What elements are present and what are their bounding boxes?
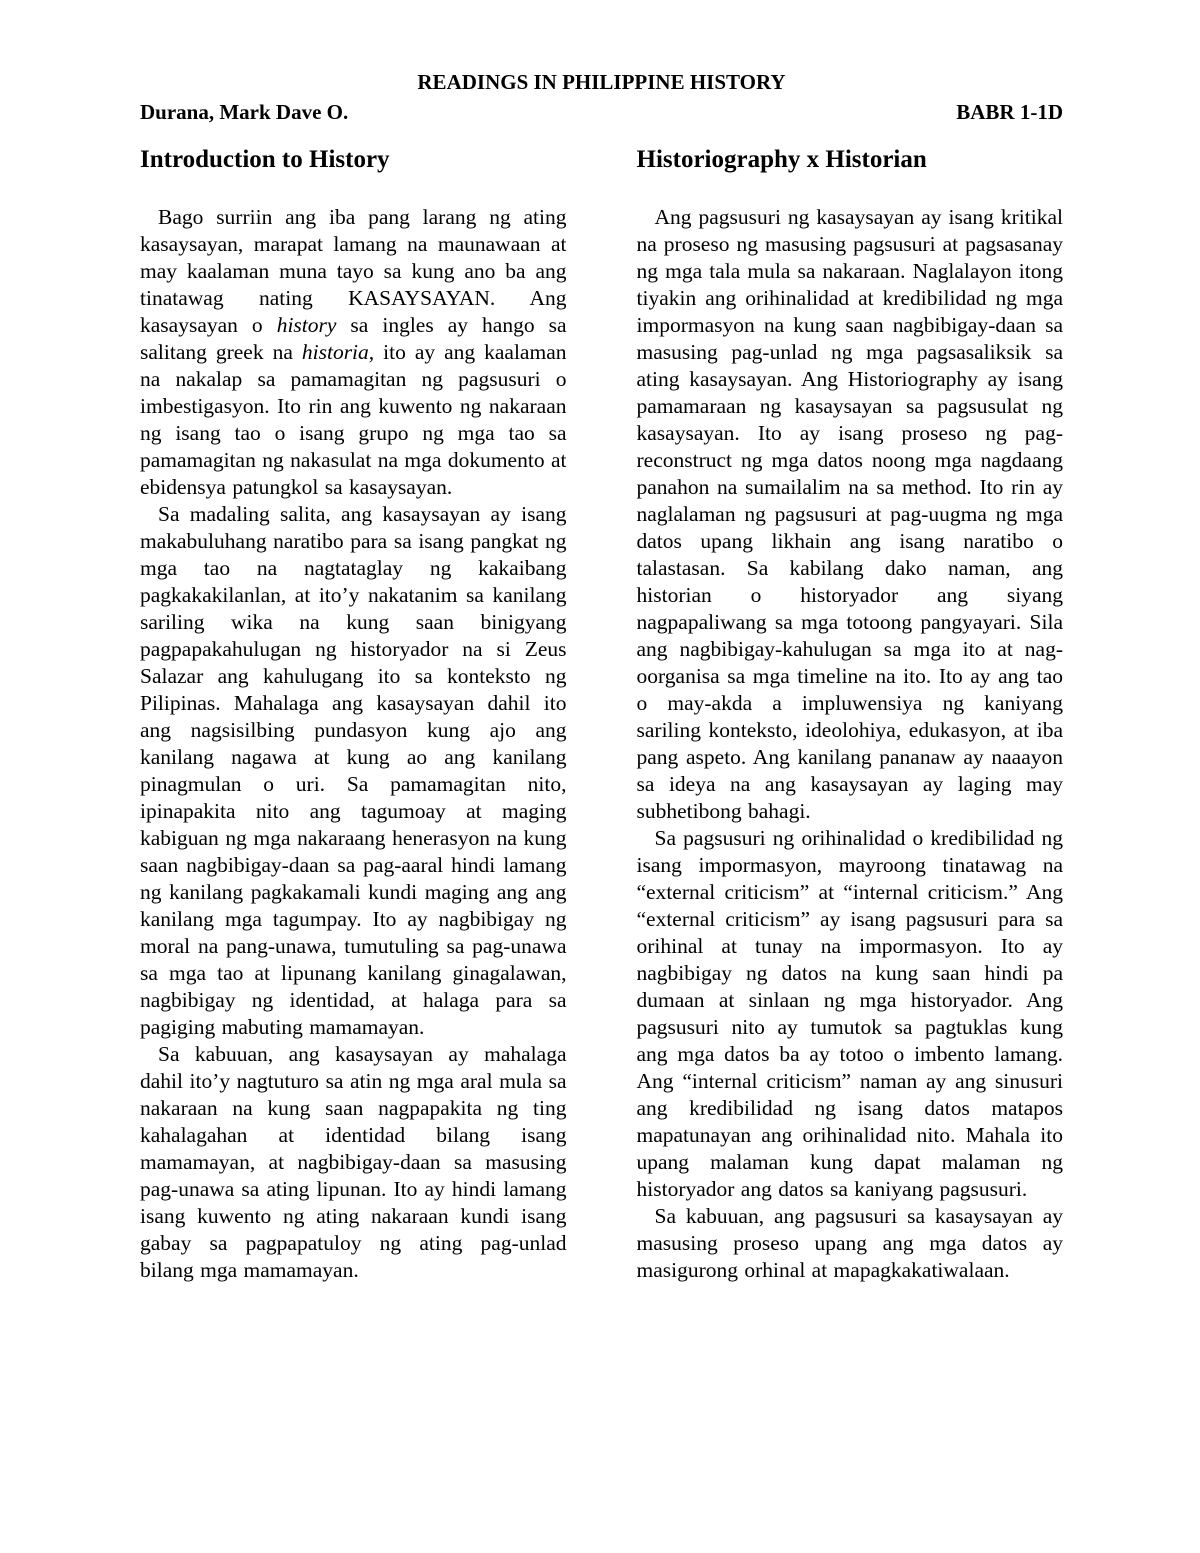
document-header: READINGS IN PHILIPPINE HISTORY Durana, M… xyxy=(140,70,1063,124)
left-column: Introduction to History Bago surriin ang… xyxy=(140,146,567,1284)
two-column-layout: Introduction to History Bago surriin ang… xyxy=(140,146,1063,1284)
right-column-heading: Historiography x Historian xyxy=(637,146,1064,174)
left-paragraph-3: Sa kabuuan, ang kasaysayan ay mahalaga d… xyxy=(140,1041,567,1284)
author-name: Durana, Mark Dave O. xyxy=(140,100,348,124)
left-paragraph-2: Sa madaling salita, ang kasaysayan ay is… xyxy=(140,501,567,1041)
document-page: READINGS IN PHILIPPINE HISTORY Durana, M… xyxy=(0,0,1200,1553)
document-title: READINGS IN PHILIPPINE HISTORY xyxy=(140,70,1063,94)
left-column-heading: Introduction to History xyxy=(140,146,567,174)
byline-row: Durana, Mark Dave O. BABR 1-1D xyxy=(140,100,1063,124)
section-code: BABR 1-1D xyxy=(956,100,1063,124)
left-paragraph-1: Bago surriin ang iba pang larang ng atin… xyxy=(140,204,567,501)
right-paragraph-2: Sa pagsusuri ng orihinalidad o kredibili… xyxy=(637,825,1064,1203)
right-paragraph-3: Sa kabuuan, ang pagsusuri sa kasaysayan … xyxy=(637,1203,1064,1284)
right-paragraph-1: Ang pagsusuri ng kasaysayan ay isang kri… xyxy=(637,204,1064,825)
right-column: Historiography x Historian Ang pagsusuri… xyxy=(637,146,1064,1284)
